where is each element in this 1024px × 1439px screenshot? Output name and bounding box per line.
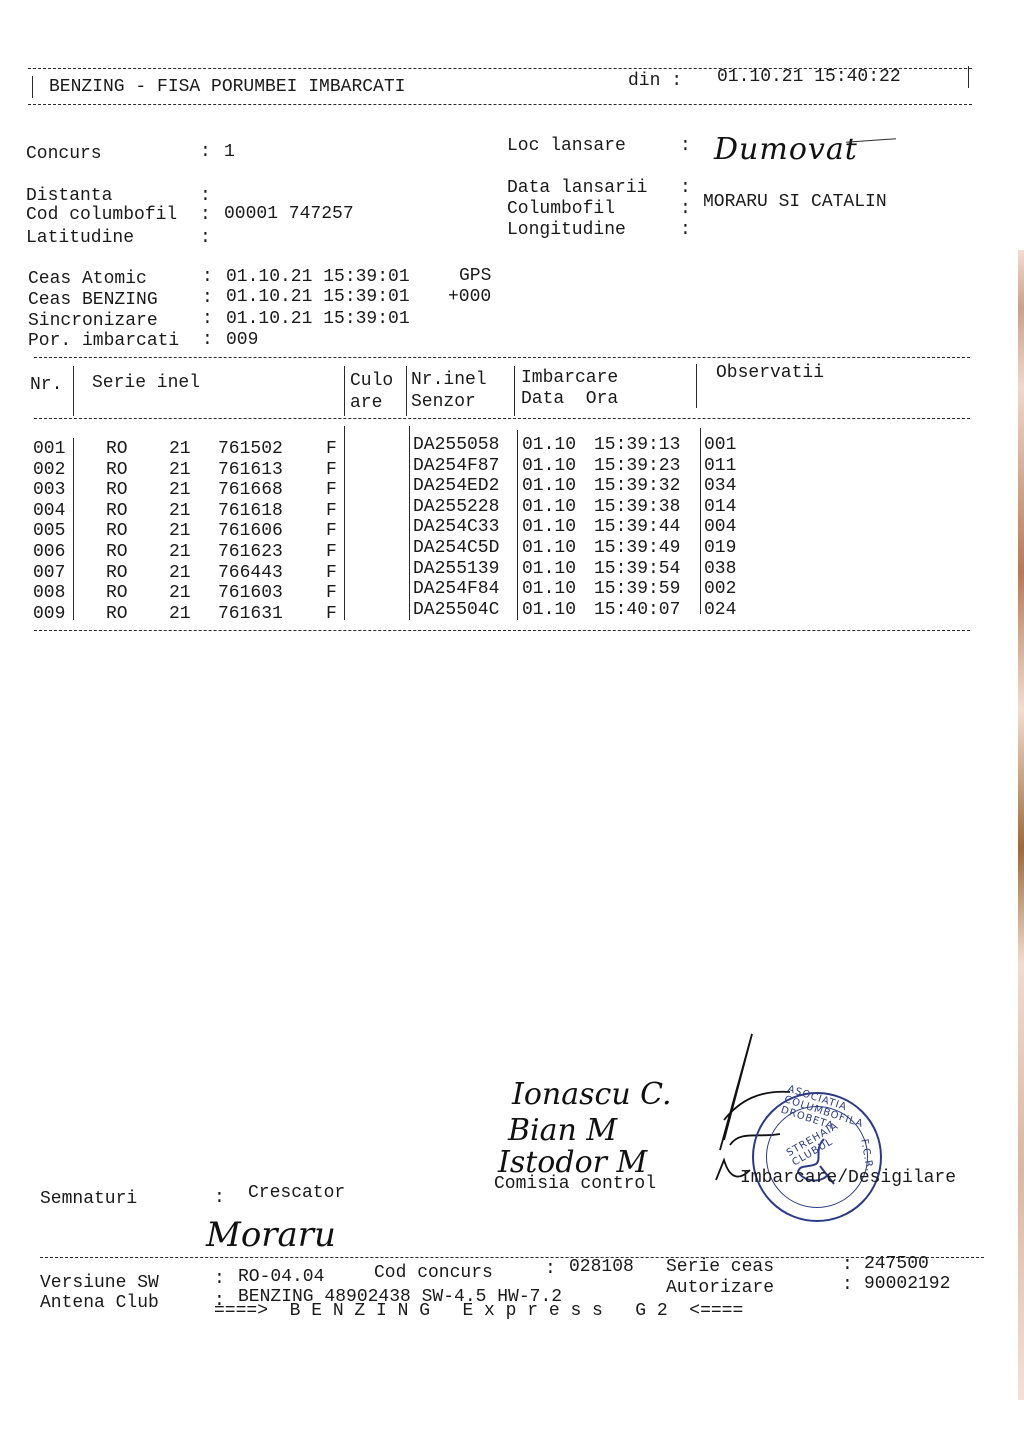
table-top-border	[34, 357, 970, 358]
cell-ring: 761631	[218, 605, 283, 623]
cell-sex: F	[326, 543, 337, 561]
cell-senzor: DA255228	[413, 498, 499, 516]
header-nr-inel-2: Senzor	[411, 393, 476, 411]
cell-ring: 761502	[218, 440, 283, 458]
cell-data: 01.10	[522, 518, 576, 536]
cell-year: 21	[169, 481, 191, 499]
cell-ora: 15:39:44	[594, 518, 680, 536]
loc-lansare-handwritten: Dumovat	[714, 135, 858, 165]
cell-data: 01.10	[522, 601, 576, 619]
cell-country: RO	[106, 584, 128, 602]
header-right-border	[968, 66, 969, 88]
cell-country: RO	[106, 481, 128, 499]
header-observatii: Observatii	[716, 364, 824, 382]
cell-obs: 014	[704, 498, 736, 516]
cell-ring: 761623	[218, 543, 283, 561]
cell-nr: 001	[33, 440, 65, 458]
imbarcare-desigilare-label: Imbarcare/Desigilare	[740, 1169, 956, 1187]
cell-senzor: DA254ED2	[413, 477, 499, 495]
cell-sex: F	[326, 461, 337, 479]
semnaturi-label: Semnaturi	[40, 1190, 137, 1208]
table-bottom-border	[34, 630, 970, 631]
col-sep-imbarcare	[696, 364, 697, 408]
versiune-sw-colon: :	[214, 1270, 225, 1288]
header-bottom-border	[28, 104, 972, 105]
cell-nr: 006	[33, 543, 65, 561]
cell-sex: F	[326, 440, 337, 458]
header-culoare-1: Culo	[350, 372, 393, 390]
comisia-signature-1: Ionascu C.	[512, 1080, 672, 1110]
cell-nr: 009	[33, 605, 65, 623]
columbofil-label: Columbofil	[507, 200, 615, 218]
autorizare-value: 90002192	[864, 1275, 950, 1293]
print-date: 01.10.21 15:40:22	[717, 68, 901, 86]
cell-nr: 004	[33, 502, 65, 520]
autorizare-colon: :	[842, 1276, 853, 1294]
latitudine-label: Latitudine	[26, 229, 134, 247]
document-title: BENZING - FISA PORUMBEI IMBARCATI	[49, 78, 405, 96]
cell-nr: 002	[33, 461, 65, 479]
cell-ora: 15:40:07	[594, 601, 680, 619]
col-sep-imbarcare-body	[700, 428, 701, 614]
cell-ora: 15:39:54	[594, 560, 680, 578]
latitudine-colon: :	[200, 229, 211, 247]
data-lansarii-label: Data lansarii	[507, 179, 647, 197]
cell-senzor: DA254C5D	[413, 539, 499, 557]
header-left-border	[32, 76, 33, 98]
table-header-separator	[34, 418, 970, 419]
cell-ring: 766443	[218, 564, 283, 582]
col-sep-nr	[73, 366, 74, 416]
cell-year: 21	[169, 522, 191, 540]
cell-obs: 038	[704, 560, 736, 578]
date-label: din :	[628, 72, 682, 90]
cell-year: 21	[169, 564, 191, 582]
cell-sex: F	[326, 522, 337, 540]
cell-ora: 15:39:32	[594, 477, 680, 495]
por-imbarcati-colon: :	[202, 331, 213, 349]
crescator-label: Crescator	[248, 1184, 345, 1202]
columbofil-value: MORARU SI CATALIN	[703, 193, 887, 211]
cell-obs: 011	[704, 457, 736, 475]
serie-ceas-label: Serie ceas	[666, 1258, 774, 1276]
col-sep-senzor	[514, 366, 515, 416]
cell-year: 21	[169, 543, 191, 561]
col-sep-serie-body	[344, 426, 345, 620]
cell-sex: F	[326, 502, 337, 520]
serie-ceas-value: 247500	[864, 1255, 929, 1273]
semnaturi-colon: :	[214, 1189, 225, 1207]
ceas-benzing-label: Ceas BENZING	[28, 291, 158, 309]
cod-columbofil-value: 00001 747257	[224, 205, 354, 223]
cell-data: 01.10	[522, 457, 576, 475]
cell-nr: 007	[33, 564, 65, 582]
data-lansarii-colon: :	[680, 179, 691, 197]
cell-country: RO	[106, 564, 128, 582]
cod-concurs-label: Cod concurs	[374, 1264, 493, 1282]
cell-ring: 761613	[218, 461, 283, 479]
concurs-colon: :	[200, 143, 211, 161]
cell-sex: F	[326, 584, 337, 602]
cell-country: RO	[106, 522, 128, 540]
cell-obs: 002	[704, 580, 736, 598]
cell-country: RO	[106, 502, 128, 520]
cell-senzor: DA254F84	[413, 580, 499, 598]
cell-nr: 005	[33, 522, 65, 540]
cell-obs: 024	[704, 601, 736, 619]
sincronizare-colon: :	[202, 310, 213, 328]
cod-columbofil-colon: :	[200, 206, 211, 224]
cell-ring: 761668	[218, 481, 283, 499]
header-nr-inel-1: Nr.inel	[411, 371, 487, 389]
por-imbarcati-value: 009	[226, 331, 258, 349]
header-nr: Nr.	[30, 376, 62, 394]
cell-year: 21	[169, 461, 191, 479]
ceas-benzing-value: 01.10.21 15:39:01	[226, 288, 410, 306]
longitudine-colon: :	[680, 221, 691, 239]
col-sep-culoare	[406, 366, 407, 416]
autorizare-label: Autorizare	[666, 1279, 774, 1297]
loc-lansare-label: Loc lansare	[507, 137, 626, 155]
cell-sex: F	[326, 564, 337, 582]
ceas-atomic-label: Ceas Atomic	[28, 270, 147, 288]
cell-country: RO	[106, 543, 128, 561]
cell-ring: 761603	[218, 584, 283, 602]
scan-edge-artifact	[1018, 250, 1024, 1400]
comisia-control-label: Comisia control	[494, 1175, 656, 1193]
ceas-benzing-colon: :	[202, 289, 213, 307]
cell-data: 01.10	[522, 539, 576, 557]
antena-club-label: Antena Club	[40, 1294, 159, 1312]
comisia-signature-2: Bian M	[508, 1116, 617, 1146]
cell-senzor: DA255139	[413, 560, 499, 578]
cell-nr: 008	[33, 584, 65, 602]
columbofil-colon: :	[680, 200, 691, 218]
cell-senzor: DA254C33	[413, 518, 499, 536]
cell-country: RO	[106, 605, 128, 623]
club-stamp: ASOCIATIA COLUMBOFILA DROBETA STREHAIA C…	[752, 1092, 882, 1222]
cell-senzor: DA255058	[413, 436, 499, 454]
benzing-banner: ====> B E N Z I N G E x p r e s s G 2 <=…	[214, 1302, 743, 1320]
cell-year: 21	[169, 440, 191, 458]
cell-senzor: DA254F87	[413, 457, 499, 475]
cell-obs: 034	[704, 477, 736, 495]
cell-obs: 019	[704, 539, 736, 557]
cell-sex: F	[326, 481, 337, 499]
cell-ora: 15:39:59	[594, 580, 680, 598]
cell-sex: F	[326, 605, 337, 623]
cell-obs: 004	[704, 518, 736, 536]
header-imbarcare-2: Data Ora	[521, 390, 618, 408]
ceas-atomic-colon: :	[202, 268, 213, 286]
sincronizare-value: 01.10.21 15:39:01	[226, 310, 410, 328]
cell-ring: 761606	[218, 522, 283, 540]
cell-ora: 15:39:13	[594, 436, 680, 454]
cell-ora: 15:39:49	[594, 539, 680, 557]
cell-ring: 761618	[218, 502, 283, 520]
sincronizare-label: Sincronizare	[28, 312, 158, 330]
loc-lansare-colon: :	[680, 137, 691, 155]
ceas-atomic-suffix: GPS	[459, 267, 491, 285]
header-culoare-2: are	[350, 394, 382, 412]
distanta-colon: :	[200, 187, 211, 205]
por-imbarcati-label: Por. imbarcati	[28, 332, 179, 350]
longitudine-label: Longitudine	[507, 221, 626, 239]
cod-concurs-colon: :	[545, 1260, 556, 1278]
concurs-label: Concurs	[26, 145, 102, 163]
header-serie-inel: Serie inel	[92, 374, 200, 392]
cell-year: 21	[169, 584, 191, 602]
header-imbarcare-1: Imbarcare	[521, 369, 618, 387]
col-sep-serie	[344, 366, 345, 416]
cell-ora: 15:39:23	[594, 457, 680, 475]
col-sep-nr-body	[73, 438, 74, 620]
ceas-atomic-value: 01.10.21 15:39:01	[226, 268, 410, 286]
cell-ora: 15:39:38	[594, 498, 680, 516]
cod-concurs-value: 028108	[569, 1258, 634, 1276]
cell-country: RO	[106, 440, 128, 458]
col-sep-senzor-body	[517, 430, 518, 620]
serie-ceas-colon: :	[842, 1256, 853, 1274]
cell-data: 01.10	[522, 580, 576, 598]
cell-year: 21	[169, 502, 191, 520]
cell-country: RO	[106, 461, 128, 479]
cell-nr: 003	[33, 481, 65, 499]
col-sep-culoare-body	[409, 426, 410, 620]
versiune-sw-label: Versiune SW	[40, 1274, 159, 1292]
cell-data: 01.10	[522, 498, 576, 516]
cell-data: 01.10	[522, 560, 576, 578]
crescator-signature: Moraru	[206, 1218, 336, 1252]
cell-year: 21	[169, 605, 191, 623]
concurs-value: 1	[224, 143, 235, 161]
cell-data: 01.10	[522, 436, 576, 454]
cell-obs: 001	[704, 436, 736, 454]
cell-data: 01.10	[522, 477, 576, 495]
distanta-label: Distanta	[26, 187, 112, 205]
cod-columbofil-label: Cod columbofil	[26, 206, 177, 224]
versiune-sw-value: RO-04.04	[238, 1268, 324, 1286]
cell-senzor: DA25504C	[413, 601, 499, 619]
ceas-benzing-suffix: +000	[448, 288, 491, 306]
